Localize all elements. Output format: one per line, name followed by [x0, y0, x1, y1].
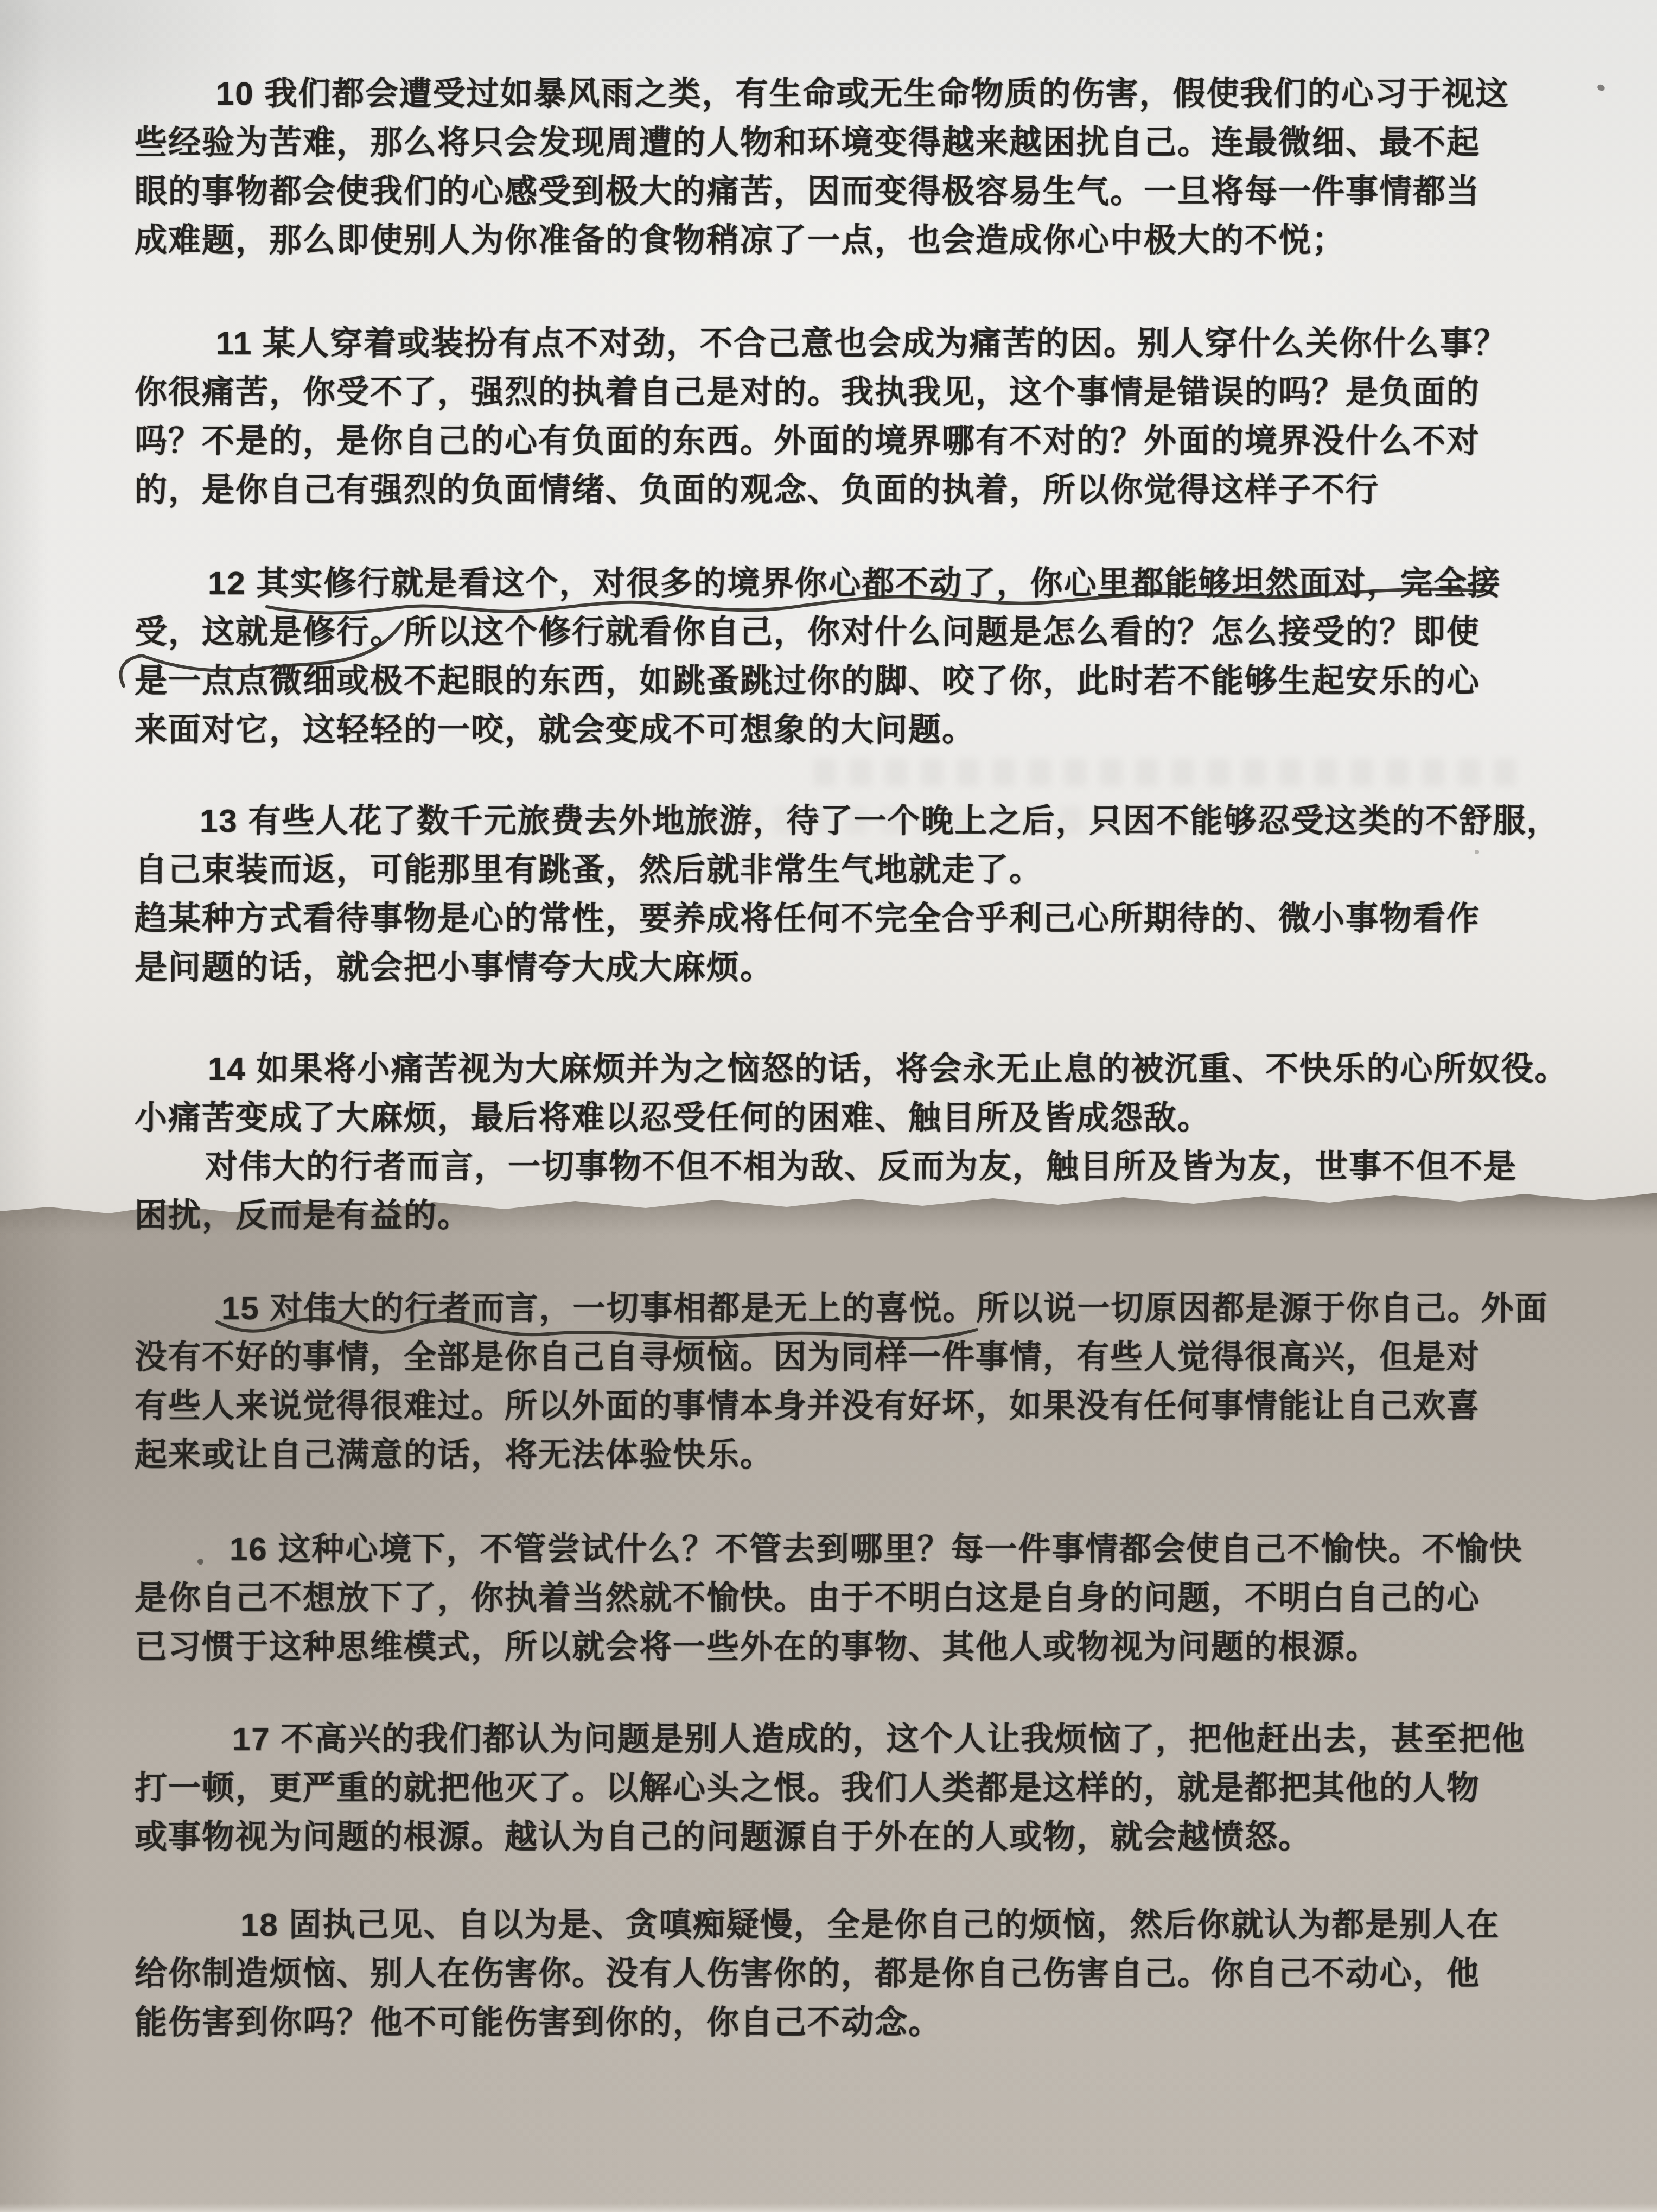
text-line: 困扰，反而是有益的。	[135, 1191, 1568, 1240]
text-line: 眼的事物都会使我们的心感受到极大的痛苦，因而变得极容易生气。一旦将每一件事情都当	[135, 167, 1509, 216]
paragraph-11: 11 某人穿着或装扮有点不对劲，不合己意也会成为痛苦的因。别人穿什么关你什么事？…	[135, 319, 1507, 514]
paragraph-14: 14 如果将小痛苦视为大麻烦并为之恼怒的话，将会永无止息的被沉重、不快乐的心所奴…	[135, 1045, 1568, 1240]
text-line: 你很痛苦，你受不了，强烈的执着自己是对的。我执我见，这个事情是错误的吗？是负面的	[135, 368, 1507, 417]
paragraph-16: 16 这种心境下，不管尝试什么？不管去到哪里？每一件事情都会使自己不愉快。不愉快…	[135, 1525, 1522, 1671]
text-line: 12 其实修行就是看这个，对很多的境界你心都不动了，你心里都能够坦然面对，完全接	[135, 559, 1501, 608]
text-line: 是你自己不想放下了，你执着当然就不愉快。由于不明白这是自身的问题，不明白自己的心	[135, 1574, 1522, 1623]
text-line: 10 我们都会遭受过如暴风雨之类，有生命或无生命物质的伤害，假使我们的心习于视这	[135, 69, 1509, 118]
text-line: 受，这就是修行。所以这个修行就看你自己，你对什么问题是怎么看的？怎么接受的？即使	[135, 608, 1501, 657]
ink-speck	[1475, 850, 1479, 854]
paragraph-13: 13 有些人花了数千元旅费去外地旅游，待了一个晚上之后，只因不能够忍受这类的不舒…	[135, 797, 1560, 992]
text-line: 吗？不是的，是你自己的心有负面的东西。外面的境界哪有不对的？外面的境界没什么不对	[135, 417, 1507, 466]
paragraph-15: 15 对伟大的行者而言，一切事相都是无上的喜悦。所以说一切原因都是源于你自己。外…	[135, 1284, 1548, 1479]
paragraph-10: 10 我们都会遭受过如暴风雨之类，有生命或无生命物质的伤害，假使我们的心习于视这…	[135, 69, 1509, 265]
text-line: 小痛苦变成了大麻烦，最后将难以忍受任何的困难、触目所及皆成怨敌。	[135, 1094, 1568, 1142]
paragraph-12: 12 其实修行就是看这个，对很多的境界你心都不动了，你心里都能够坦然面对，完全接…	[135, 559, 1501, 754]
text-line: 16 这种心境下，不管尝试什么？不管去到哪里？每一件事情都会使自己不愉快。不愉快	[135, 1525, 1522, 1574]
text-line: 或事物视为问题的根源。越认为自己的问题源自于外在的人或物，就会越愤怒。	[135, 1813, 1525, 1861]
paragraph-18: 18 固执己见、自以为是、贪嗔痴疑慢，全是你自己的烦恼，然后你就认为都是别人在给…	[135, 1900, 1500, 2047]
text-line: 是一点点微细或极不起眼的东西，如跳蚤跳过你的脚、咬了你，此时若不能够生起安乐的心	[135, 657, 1501, 705]
document-text: 10 我们都会遭受过如暴风雨之类，有生命或无生命物质的伤害，假使我们的心习于视这…	[0, 0, 1657, 2212]
text-line: 15 对伟大的行者而言，一切事相都是无上的喜悦。所以说一切原因都是源于你自己。外…	[135, 1284, 1548, 1333]
text-line: 自己束装而返，可能那里有跳蚤，然后就非常生气地就走了。	[135, 846, 1560, 894]
text-line: 对伟大的行者而言，一切事物不但不相为敌、反而为友，触目所及皆为友，世事不但不是	[135, 1142, 1568, 1191]
text-line: 打一顿，更严重的就把他灭了。以解心头之恨。我们人类都是这样的，就是都把其他的人物	[135, 1764, 1525, 1813]
text-line: 没有不好的事情，全部是你自己自寻烦恼。因为同样一件事情，有些人觉得很高兴，但是对	[135, 1333, 1548, 1382]
text-line: 成难题，那么即使别人为你准备的食物稍凉了一点，也会造成你心中极大的不悦；	[135, 216, 1509, 265]
ink-dot-before-16	[197, 1559, 203, 1565]
text-line: 是问题的话，就会把小事情夸大成大麻烦。	[135, 943, 1560, 992]
text-line: 起来或让自己满意的话，将无法体验快乐。	[135, 1431, 1548, 1479]
text-line: 给你制造烦恼、别人在伤害你。没有人伤害你的，都是你自己伤害自己。你自己不动心，他	[135, 1949, 1500, 1998]
text-line: 些经验为苦难，那么将只会发现周遭的人物和环境变得越来越困扰自己。连最微细、最不起	[135, 118, 1509, 167]
text-line: 13 有些人花了数千元旅费去外地旅游，待了一个晚上之后，只因不能够忍受这类的不舒…	[135, 797, 1560, 846]
text-line: 有些人来说觉得很难过。所以外面的事情本身并没有好坏，如果没有任何事情能让自己欢喜	[135, 1382, 1548, 1431]
text-line: 来面对它，这轻轻的一咬，就会变成不可想象的大问题。	[135, 705, 1501, 754]
text-line: 能伤害到你吗？他不可能伤害到你的，你自己不动念。	[135, 1998, 1500, 2047]
text-line: 14 如果将小痛苦视为大麻烦并为之恼怒的话，将会永无止息的被沉重、不快乐的心所奴…	[135, 1045, 1568, 1094]
text-line: 18 固执己见、自以为是、贪嗔痴疑慢，全是你自己的烦恼，然后你就认为都是别人在	[135, 1900, 1500, 1949]
text-line: 已习惯于这种思维模式，所以就会将一些外在的事物、其他人或物视为问题的根源。	[135, 1623, 1522, 1671]
photographed-document: 10 我们都会遭受过如暴风雨之类，有生命或无生命物质的伤害，假使我们的心习于视这…	[0, 0, 1657, 2212]
text-line: 的，是你自己有强烈的负面情绪、负面的观念、负面的执着，所以你觉得这样子不行	[135, 466, 1507, 514]
paragraph-17: 17 不高兴的我们都认为问题是别人造成的，这个人让我烦恼了，把他赶出去，甚至把他…	[135, 1715, 1525, 1861]
text-line: 11 某人穿着或装扮有点不对劲，不合己意也会成为痛苦的因。别人穿什么关你什么事？	[135, 319, 1507, 368]
text-line: 17 不高兴的我们都认为问题是别人造成的，这个人让我烦恼了，把他赶出去，甚至把他	[135, 1715, 1525, 1764]
text-line: 趋某种方式看待事物是心的常性，要养成将任何不完全合乎利己心所期待的、微小事物看作	[135, 894, 1560, 943]
